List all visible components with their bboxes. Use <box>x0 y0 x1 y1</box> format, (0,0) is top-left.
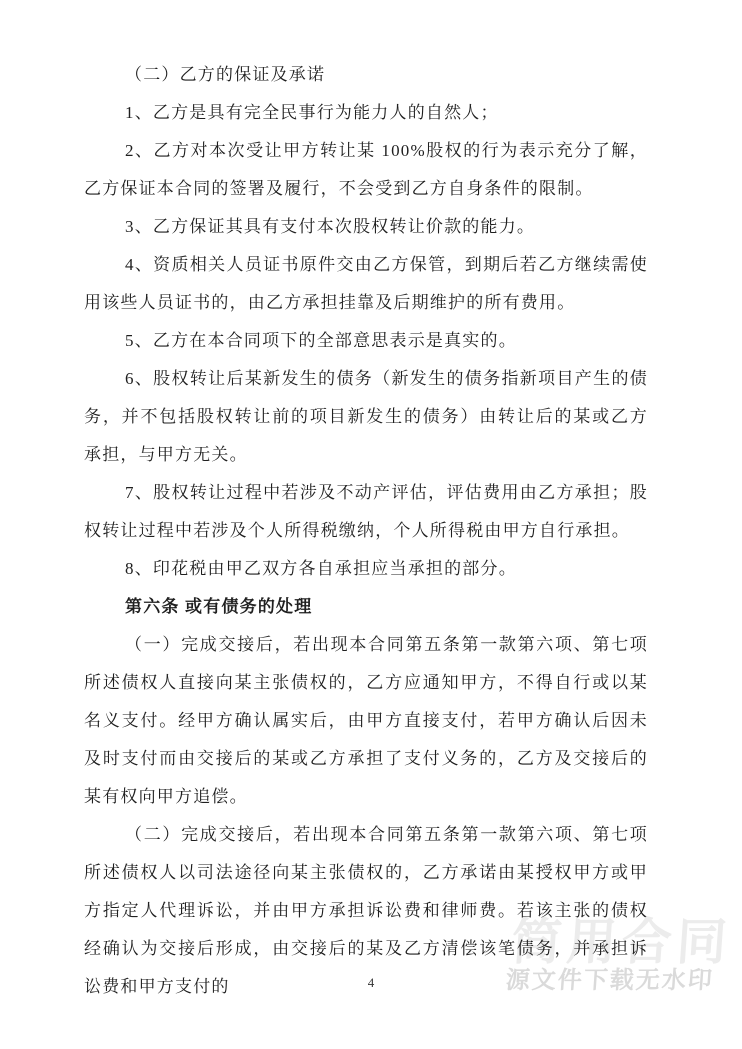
document-page: 简用合同 源文件下载无水印 （二）乙方的保证及承诺 1、乙方是具有完全民事行为能… <box>0 0 742 1049</box>
paragraph-item-6: 6、股权转让后某新发生的债务（新发生的债务指新项目产生的债务，并不包括股权转让前… <box>84 360 648 474</box>
paragraph-item-4: 4、资质相关人员证书原件交由乙方保管，到期后若乙方继续需使用该些人员证书的，由乙… <box>84 246 648 322</box>
page-number: 4 <box>0 975 742 991</box>
paragraph-item-8: 8、印花税由甲乙双方各自承担应当承担的部分。 <box>84 550 648 588</box>
paragraph-item-2: 2、乙方对本次受让甲方转让某 100%股权的行为表示充分了解，乙方保证本合同的签… <box>84 132 648 208</box>
paragraph-item-3: 3、乙方保证其具有支付本次股权转让价款的能力。 <box>84 208 648 246</box>
section-heading-article-6: 第六条 或有债务的处理 <box>84 588 648 626</box>
paragraph-item-5: 5、乙方在本合同项下的全部意思表示是真实的。 <box>84 322 648 360</box>
contract-body: （二）乙方的保证及承诺 1、乙方是具有完全民事行为能力人的自然人； 2、乙方对本… <box>84 56 648 1006</box>
paragraph-subsection-2-title: （二）乙方的保证及承诺 <box>84 56 648 94</box>
paragraph-clause-1: （一）完成交接后，若出现本合同第五条第一款第六项、第七项所述债权人直接向某主张债… <box>84 626 648 816</box>
paragraph-item-7: 7、股权转让过程中若涉及不动产评估，评估费用由乙方承担；股权转让过程中若涉及个人… <box>84 474 648 550</box>
paragraph-item-1: 1、乙方是具有完全民事行为能力人的自然人； <box>84 94 648 132</box>
